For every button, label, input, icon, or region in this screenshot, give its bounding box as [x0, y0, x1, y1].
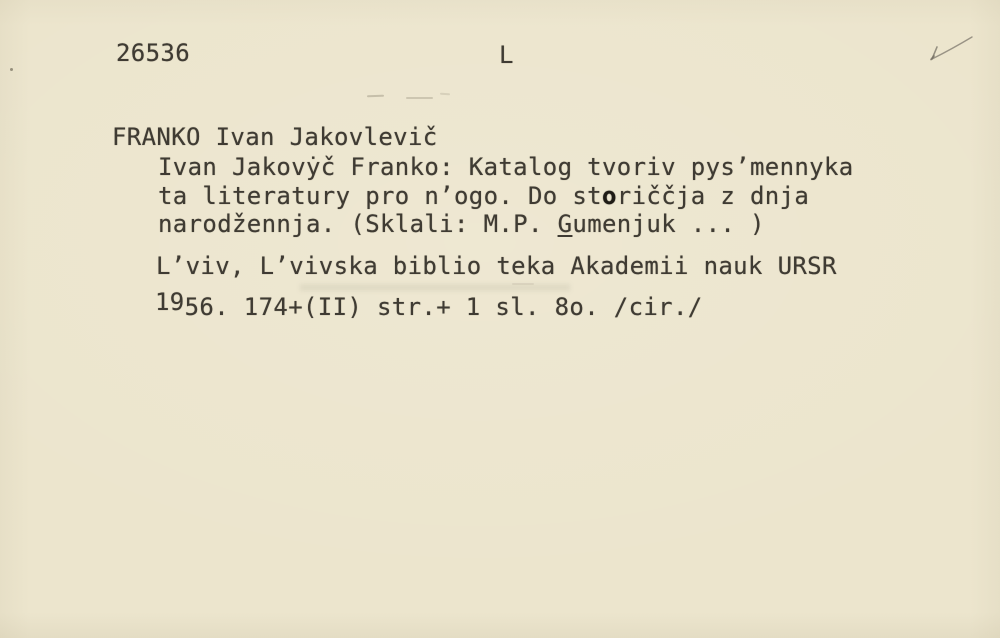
title-line-2: ta literatury pro n’ogo. Do storiččja z … [158, 182, 809, 210]
pencil-checkmark-icon [924, 33, 976, 65]
collation-line: 1956. 174+(II) str.+ 1 sl. 8o. /cir./ [155, 293, 703, 321]
pencil-smudge [367, 95, 384, 98]
catalog-card: 26536 L FRANKO Ivan Jakovlevič Ivan Jako… [0, 0, 1000, 638]
ink-speck [10, 68, 13, 71]
collation-rest: 56. 174+(II) str.+ 1 sl. 8o. /cir./ [185, 293, 703, 321]
overstruck-letter-o: o [602, 182, 617, 210]
title-line-1: Ivan Jakovẏč Franko: Katalog tvoriv pys’… [158, 153, 854, 181]
imprint-line: L’viv, L’vivska biblio teka Akademii nau… [156, 252, 837, 280]
title-line-3-post: umenjuk ... ) [572, 210, 764, 238]
call-number: 26536 [116, 39, 190, 67]
ghost-impression [300, 284, 570, 291]
title-line-3: narodžennja. (Sklali: M.P. Gumenjuk ... … [158, 210, 765, 238]
classification-letter: L [499, 41, 514, 69]
underlined-letter-g: G [558, 210, 573, 238]
title-line-2-pre: ta literatury pro n’ogo. Do st [158, 182, 602, 210]
title-line-2-post: riččja z dnja [617, 182, 809, 210]
title-line-3-pre: narodžennja. (Sklali: M.P. [158, 210, 558, 238]
author-heading: FRANKO Ivan Jakovlevič [112, 123, 438, 151]
pencil-smudge [440, 93, 450, 96]
raised-year-digits: 19 [155, 288, 185, 316]
pencil-smudge [406, 97, 433, 99]
